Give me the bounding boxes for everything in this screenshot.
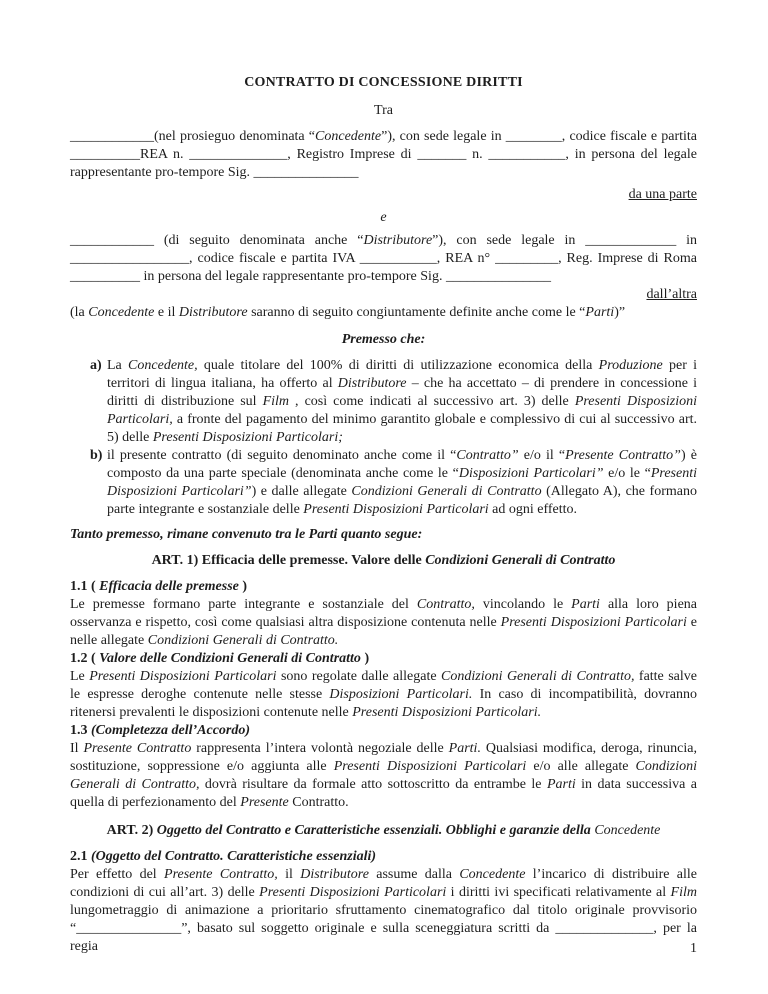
text-run: Concedente (315, 129, 381, 144)
text-run: )” (614, 305, 625, 320)
text-run: Concedente, (128, 358, 198, 373)
text-run: Presente Contratto, (164, 867, 278, 882)
clause-1-2-paragraph: Le Presenti Disposizioni Particolari son… (70, 668, 697, 722)
clause-1-3-paragraph: Il Presente Contratto rappresenta l’inte… (70, 740, 697, 812)
text-run: Presenti Disposizioni Particolari. (352, 705, 541, 720)
text-run: assume dalla (369, 867, 459, 882)
clause-1-1-heading: 1.1 ( Efficacia delle premesse ) (70, 578, 697, 596)
text-run: Concedente (594, 823, 660, 838)
text-run: Presenti Disposizioni Particolari (501, 615, 687, 630)
list-item-marker: b) (90, 447, 102, 465)
text-run: il (278, 867, 300, 882)
text-run: Parti (547, 777, 576, 792)
text-run: Parti. (449, 741, 481, 756)
text-run: Concedente (459, 867, 525, 882)
document-title: CONTRATTO DI CONCESSIONE DIRITTI (70, 74, 697, 92)
clause-1-1-paragraph: Le premesse formano parte integrante e s… (70, 596, 697, 650)
tra-line: Tra (70, 102, 697, 120)
text-run: Condizioni Generali di Contratto (351, 484, 541, 499)
text-run: Presenti Disposizioni Particolari (89, 669, 276, 684)
text-run: ad ogni effetto. (489, 502, 577, 517)
text-run: Parti (585, 305, 614, 320)
art-1-heading: ART. 1) Efficacia delle premesse. Valore… (70, 552, 697, 570)
text-run: i diritti ivi specificati relativamente … (446, 885, 670, 900)
text-run: ____________(nel prosieguo denominata “ (70, 129, 315, 144)
text-run: Concedente (88, 305, 154, 320)
text-run: Presenti Disposizioni Particolari (259, 885, 446, 900)
text-run: (Oggetto del Contratto. Caratteristiche … (91, 849, 376, 864)
premessa-item-a: a)La Concedente, quale titolare del 100%… (70, 357, 697, 447)
distributore-party-paragraph: ____________ (di seguito denominata anch… (70, 232, 697, 286)
text-run: 1.3 (70, 723, 91, 738)
text-run: e/o alle allegate (526, 759, 635, 774)
text-run: Oggetto del Contratto e Caratteristiche … (157, 823, 595, 838)
text-run: il presente contratto (di seguito denomi… (107, 448, 456, 463)
tanto-premesso-line: Tanto premesso, rimane convenuto tra le … (70, 526, 697, 544)
text-run: Valore delle Condizioni Generali di Cont… (99, 651, 361, 666)
text-run: lungometraggio di animazione a prioritar… (70, 903, 697, 954)
text-run: Presenti Disposizioni Particolari; (153, 430, 343, 445)
document-title-text: CONTRATTO DI CONCESSIONE DIRITTI (244, 75, 523, 90)
text-run: Per effetto del (70, 867, 164, 882)
text-run: Tanto premesso, rimane convenuto tra le … (70, 527, 422, 542)
text-run: Premesso che: (342, 332, 426, 347)
text-run: Condizioni Generali di Contratto, (441, 669, 634, 684)
text-run: e/o il “ (519, 448, 566, 463)
text-run: Distributore (338, 376, 407, 391)
text-run: ) (361, 651, 369, 666)
e-conjunction-line: e (70, 209, 697, 227)
text-run: e/o le “ (604, 466, 651, 481)
text-run: Produzione (599, 358, 663, 373)
text-run: Film (263, 394, 289, 409)
da-una-parte-line: da una parte (70, 186, 697, 204)
text-run: Distributore (179, 305, 248, 320)
text-run: Parti (571, 597, 600, 612)
text-run: Efficacia delle premesse (99, 579, 239, 594)
text-run: (la (70, 305, 88, 320)
premesso-che-heading: Premesso che: (70, 331, 697, 349)
text-run: vincolando le (475, 597, 571, 612)
text-run: dovrà risultare da formale atto sottoscr… (199, 777, 546, 792)
text-run: Presente (240, 795, 288, 810)
document-content: CONTRATTO DI CONCESSIONE DIRITTI Tra____… (70, 74, 697, 956)
text-run: Distributore (300, 867, 369, 882)
text-run: sono regolate dalle allegate (277, 669, 442, 684)
text-run: Disposizioni Particolari. (329, 687, 472, 702)
text-run: Contratto, (417, 597, 475, 612)
text-run: (Completezza dell’Accordo) (91, 723, 250, 738)
document-body: Tra____________(nel prosieguo denominata… (70, 102, 697, 956)
concedente-party-paragraph: ____________(nel prosieguo denominata “C… (70, 128, 697, 182)
text-run: Le premesse formano parte integrante e s… (70, 597, 417, 612)
text-run: saranno di seguito congiuntamente defini… (248, 305, 586, 320)
text-run: Presente Contratto (83, 741, 191, 756)
clause-2-1-paragraph: Per effetto del Presente Contratto, il D… (70, 866, 697, 956)
text-run: quale titolare del 100% di diritti di ut… (198, 358, 599, 373)
text-run: Presenti Disposizioni Particolari (303, 502, 488, 517)
text-run: , così come indicati al successivo art. … (289, 394, 575, 409)
text-run: Il (70, 741, 83, 756)
parti-definition-line: (la Concedente e il Distributore saranno… (70, 304, 697, 322)
text-run: Disposizioni Particolari” (459, 466, 604, 481)
text-run: Film (671, 885, 697, 900)
text-run: Presente Contratto” (565, 448, 681, 463)
text-run: Contratto. (289, 795, 349, 810)
text-run: ART. 2) (107, 823, 157, 838)
text-run: Contratto” (456, 448, 518, 463)
text-run: Condizioni Generali di Contratto. (148, 633, 339, 648)
text-run: 1.1 ( (70, 579, 99, 594)
list-item-marker: a) (90, 357, 102, 375)
text-run: 2.1 (70, 849, 91, 864)
clause-1-3-heading: 1.3 (Completezza dell’Accordo) (70, 722, 697, 740)
text-run: dall’altra (646, 287, 697, 302)
text-run: Presenti Disposizioni Particolari (334, 759, 527, 774)
text-run: Distributore (363, 233, 432, 248)
clause-2-1-heading: 2.1 (Oggetto del Contratto. Caratteristi… (70, 848, 697, 866)
text-run: e il (154, 305, 179, 320)
text-run: ) e dalle allegate (252, 484, 352, 499)
text-run: 1.2 ( (70, 651, 99, 666)
text-run: Tra (374, 103, 393, 118)
text-run: ) (239, 579, 247, 594)
text-run: da una parte (629, 187, 697, 202)
art-2-heading: ART. 2) Oggetto del Contratto e Caratter… (70, 822, 697, 840)
text-run: rappresenta l’intera volontà negoziale d… (191, 741, 448, 756)
text-run: ART. 1) Efficacia delle premesse. Valore… (152, 553, 426, 568)
text-run: e (380, 210, 386, 225)
text-run: La (107, 358, 128, 373)
text-run: ____________ (di seguito denominata anch… (70, 233, 363, 248)
contract-page: CONTRATTO DI CONCESSIONE DIRITTI Tra____… (0, 0, 768, 994)
premessa-item-b: b)il presente contratto (di seguito deno… (70, 447, 697, 519)
clause-1-2-heading: 1.2 ( Valore delle Condizioni Generali d… (70, 650, 697, 668)
page-number: 1 (690, 940, 697, 958)
text-run: Le (70, 669, 89, 684)
text-run: Condizioni Generali di Contratto (425, 553, 615, 568)
dall-altra-line: dall’altra (70, 286, 697, 304)
